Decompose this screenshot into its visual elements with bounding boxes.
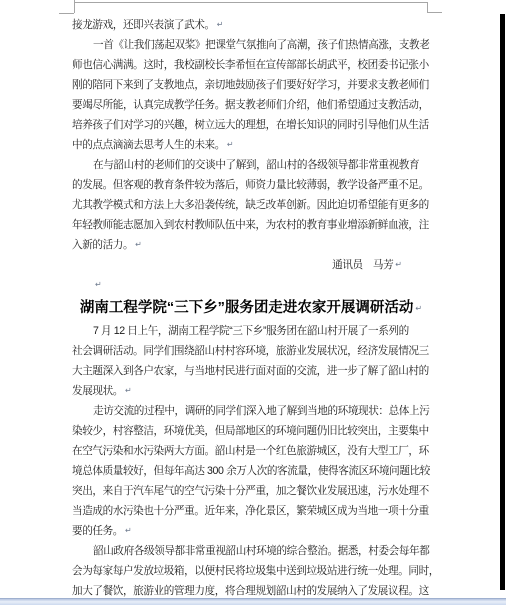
text-line-content: 培养孩子们对学习的兴趣，树立远大的理想，在增长知识的同时引导他们从生活 [72, 119, 429, 131]
text-line: 中的点点滴滴去思考人生的未来。↵ [72, 135, 430, 155]
text-line: 染较少，村容整洁，环境优美，但局部地区的环境问题仍旧比较突出，主要集中 [72, 421, 430, 441]
text-line-content: 年轻教师能志愿加入到农村教师队伍中来，为农村的教育事业增添新鲜血液，注 [72, 219, 429, 231]
text-line: 境总体质量较好，但每年高达 300 余万人次的客流量，使得客流区环境问题比较 [72, 461, 430, 481]
text-line: 入新的活力。↵ [72, 235, 430, 255]
paragraph: 7 月 12 日上午，湖南工程学院“三下乡”服务团在韶山村开展了一系列的社会调研… [72, 321, 430, 401]
text-line: ↵ [72, 275, 430, 295]
text-line: 7 月 12 日上午，湖南工程学院“三下乡”服务团在韶山村开展了一系列的 [72, 321, 430, 341]
paragraph: 韶山政府各级领导都非常重视韶山村环境的综合整治。据悉，村委会每年都会为每家每户发… [72, 541, 430, 601]
paragraph-mark-icon: ↵ [125, 386, 132, 395]
text-line: 年轻教师能志愿加入到农村教师队伍中来，为农村的教育事业增添新鲜血液，注 [72, 215, 430, 235]
paragraph-mark-icon: ↵ [125, 526, 132, 535]
text-line-content: 通讯员 马芳 [332, 259, 393, 271]
text-line-content: 会为每家每户发放垃圾箱，以便村民将垃圾集中送到垃圾站进行统一处理。同时， [72, 565, 439, 577]
text-line-content: 境总体质量较好，但每年高达 300 余万人次的客流量，使得客流区环境问题比较 [72, 465, 430, 477]
text-boundary-mark [427, 2, 428, 12]
text-line: 刚的陪同下来到了支教地点，亲切地鼓励孩子们要好好学习，并要求支教老师们 [72, 75, 430, 95]
paragraph-mark-icon: ↵ [415, 304, 422, 313]
text-line-content: 要的任务。 [72, 525, 123, 537]
text-line: 的发展。但客观的教育条件较为落后，师资力量比较薄弱，教学设备严重不足。 [72, 175, 430, 195]
text-line: 会为每家每户发放垃圾箱，以便村民将垃圾集中送到垃圾站进行统一处理。同时， [72, 561, 430, 581]
text-line-content: 刚的陪同下来到了支教地点，亲切地鼓励孩子们要好好学习，并要求支教老师们 [72, 79, 429, 91]
text-line-content: 师也信心满满。这时，我校副校长李希恒在宣传部部长胡武平，校团委书记张小 [72, 59, 429, 71]
word-document-page: 接龙游戏，还即兴表演了武术。↵一首《让我们荡起双桨》把课堂气氛推向了高潮，孩子们… [0, 0, 506, 606]
text-line: 培养孩子们对学习的兴趣，树立远大的理想，在增长知识的同时引导他们从生活 [72, 115, 430, 135]
text-line-content: 接龙游戏，还即兴表演了武术。 [72, 19, 215, 31]
text-line-content: 湖南工程学院“三下乡”服务团走进农家开展调研活动 [80, 300, 414, 316]
text-boundary-mark [59, 13, 74, 14]
text-line-content: 的发展。但客观的教育条件较为落后，师资力量比较薄弱，教学设备严重不足。 [72, 179, 429, 191]
paragraph-mark-icon: ↵ [95, 280, 102, 289]
text-line: 大主题深入到各户农家，与当地村民进行面对面的交流，进一步了解了韶山村的 [72, 361, 430, 381]
text-line-content: 突出，来自于汽车尾气的空气污染十分严重，加之餐饮业发展迅速，污水处理不 [72, 485, 429, 497]
paragraph-mark-icon: ↵ [395, 260, 402, 269]
text-line: 在空气污染和水污染两大方面。韶山村是一个红色旅游城区，没有大型工厂，环 [72, 441, 430, 461]
text-line: 湖南工程学院“三下乡”服务团走进农家开展调研活动↵ [72, 295, 430, 321]
text-line-content: 大主题深入到各户农家，与当地村民进行面对面的交流，进一步了解了韶山村的 [72, 365, 429, 377]
text-line-content: 中的点点滴滴去思考人生的未来。 [72, 139, 225, 151]
paragraph: 在与韶山村的老师们的交谈中了解到，韶山村的各级领导都非常重视教育的发展。但客观的… [72, 155, 430, 255]
text-line: 在与韶山村的老师们的交谈中了解到，韶山村的各级领导都非常重视教育 [72, 155, 430, 175]
text-boundary-mark [74, 0, 75, 13]
paragraph-mark-icon: ↵ [227, 140, 234, 149]
text-line: 韶山政府各级领导都非常重视韶山村环境的综合整治。据悉，村委会每年都 [72, 541, 430, 561]
text-line: 接龙游戏，还即兴表演了武术。↵ [72, 15, 430, 35]
text-line-content: 一首《让我们荡起双桨》把课堂气氛推向了高潮，孩子们热情高涨，支教老 [93, 39, 429, 51]
text-column[interactable]: 接龙游戏，还即兴表演了武术。↵一首《让我们荡起双桨》把课堂气氛推向了高潮，孩子们… [72, 15, 430, 601]
text-line: 当造成的水污染也十分严重。近年来，净化景区，繁荣城区成为当地一项十分重 [72, 501, 430, 521]
horizontal-scrollbar[interactable] [0, 598, 506, 605]
paragraph-mark-icon: ↵ [135, 240, 142, 249]
text-line-content: 染较少，村容整洁，环境优美，但局部地区的环境问题仍旧比较突出，主要集中 [72, 425, 429, 437]
text-line: 要竭尽所能，认真完成教学任务。据支教老师们介绍，他们希望通过支教活动， [72, 95, 430, 115]
paragraph-mark-icon: ↵ [217, 20, 224, 29]
article-heading: 湖南工程学院“三下乡”服务团走进农家开展调研活动↵ [72, 295, 430, 321]
paragraph: 一首《让我们荡起双桨》把课堂气氛推向了高潮，孩子们热情高涨，支教老师也信心满满。… [72, 35, 430, 155]
text-line: 通讯员 马芳↵ [72, 255, 430, 275]
text-line-content: 要竭尽所能，认真完成教学任务。据支教老师们介绍，他们希望通过支教活动， [72, 99, 429, 111]
text-line-content: 韶山政府各级领导都非常重视韶山村环境的综合整治。据悉，村委会每年都 [93, 545, 429, 557]
text-boundary-mark [427, 12, 442, 13]
text-line-content: 走访交流的过程中，调研的同学们深入地了解到当地的环境现状：总体上污 [93, 405, 429, 417]
text-line-content: 7 月 12 日上午，湖南工程学院“三下乡”服务团在韶山村开展了一系列的 [93, 325, 409, 337]
text-boundary-mark [74, 2, 427, 3]
text-line-content: 在与韶山村的老师们的交谈中了解到，韶山村的各级领导都非常重视教育 [93, 159, 419, 171]
text-line: 师也信心满满。这时，我校副校长李希恒在宣传部部长胡武平，校团委书记张小 [72, 55, 430, 75]
paragraph: 接龙游戏，还即兴表演了武术。↵ [72, 15, 430, 35]
text-line: 社会调研活动。同学们围绕韶山村村容环境，旅游业发展状况，经济发展情况三 [72, 341, 430, 361]
text-line: 尤其教学模式和方法上大多沿袭传统，缺乏改革创新。因此迫切希望能有更多的 [72, 195, 430, 215]
text-line-content: 尤其教学模式和方法上大多沿袭传统，缺乏改革创新。因此迫切希望能有更多的 [72, 199, 429, 211]
text-line-content: 发展现状。 [72, 385, 123, 397]
text-line: 发展现状。↵ [72, 381, 430, 401]
paragraph: 走访交流的过程中，调研的同学们深入地了解到当地的环境现状：总体上污染较少，村容整… [72, 401, 430, 541]
text-line-content: 当造成的水污染也十分严重。近年来，净化景区，繁荣城区成为当地一项十分重 [72, 505, 429, 517]
text-line-content: 社会调研活动。同学们围绕韶山村村容环境，旅游业发展状况，经济发展情况三 [72, 345, 429, 357]
text-line: 走访交流的过程中，调研的同学们深入地了解到当地的环境现状：总体上污 [72, 401, 430, 421]
text-line-content: 入新的活力。 [72, 239, 133, 251]
text-line: 突出，来自于汽车尾气的空气污染十分严重，加之餐饮业发展迅速，污水处理不 [72, 481, 430, 501]
text-line: 一首《让我们荡起双桨》把课堂气氛推向了高潮，孩子们热情高涨，支教老 [72, 35, 430, 55]
text-line-content: 在空气污染和水污染两大方面。韶山村是一个红色旅游城区，没有大型工厂，环 [72, 445, 429, 457]
right-edge-bar [500, 14, 505, 590]
empty-paragraph: ↵ [72, 275, 430, 295]
byline: 通讯员 马芳↵ [72, 255, 430, 275]
text-line-content: 加大了餐饮，旅游业的管理力度，将合理规划韶山村的发展纳入了发展议程。这 [72, 585, 429, 597]
text-line: 要的任务。↵ [72, 521, 430, 541]
